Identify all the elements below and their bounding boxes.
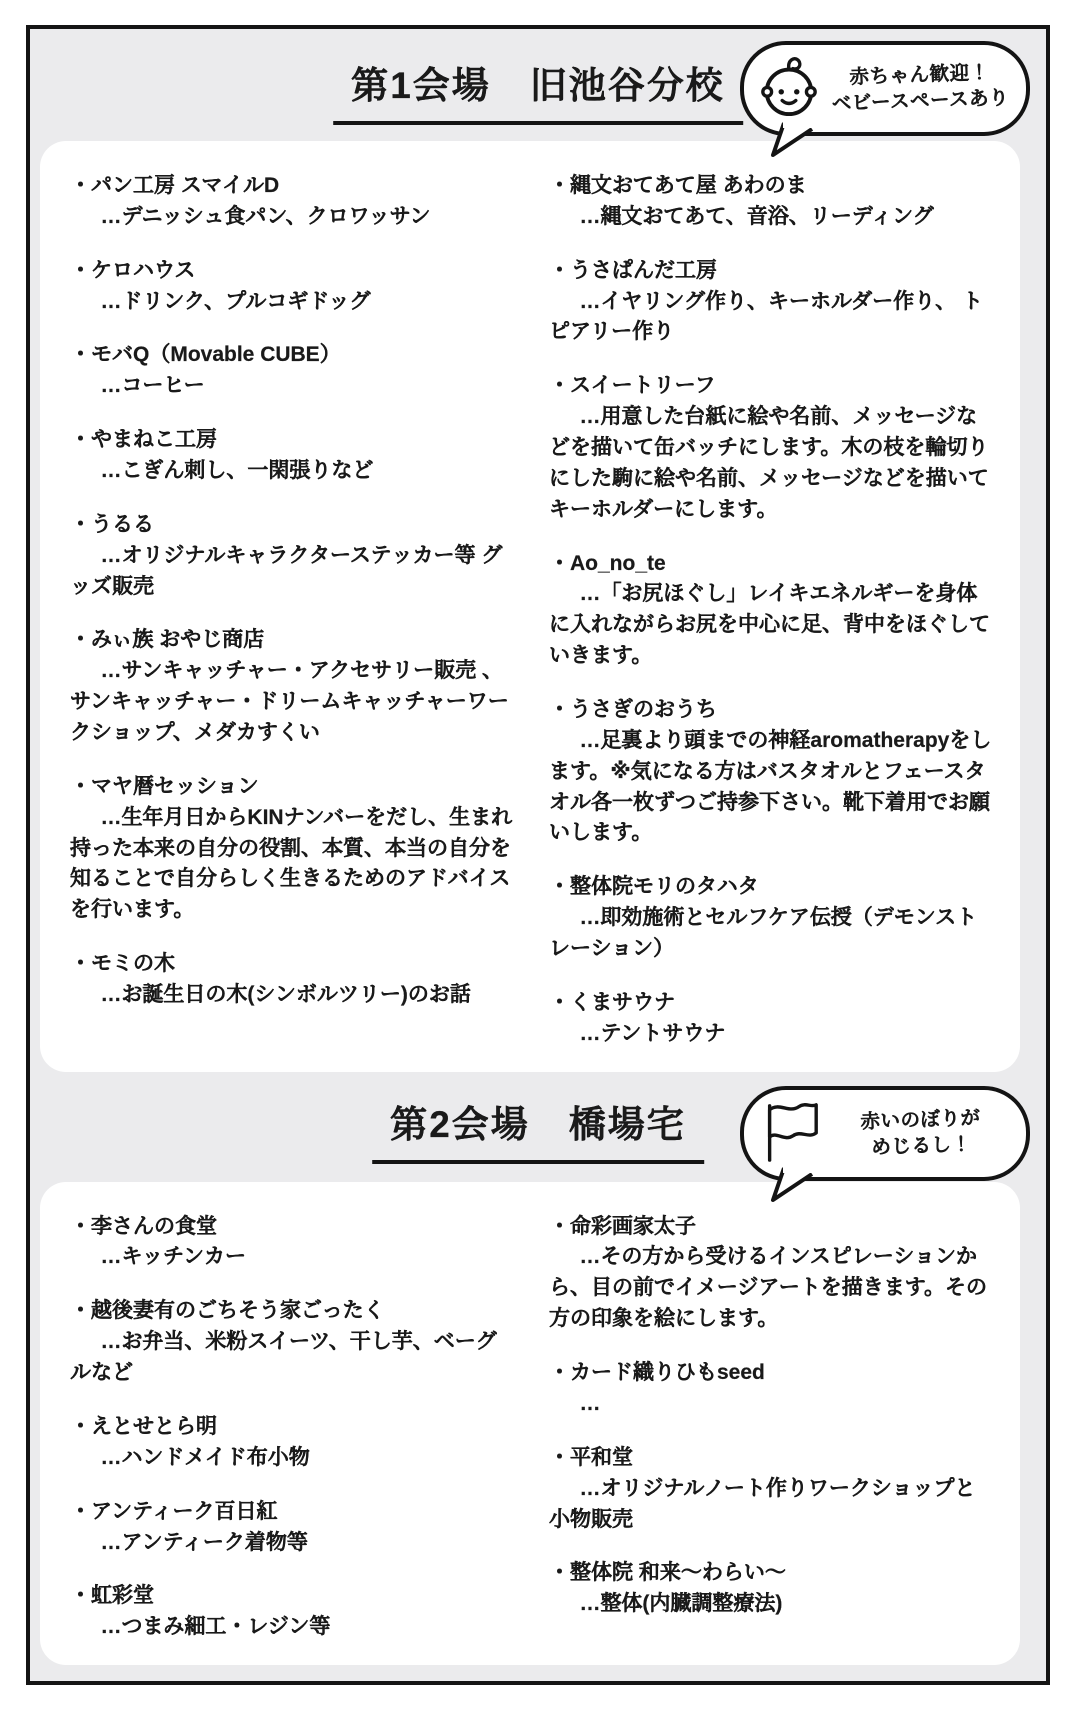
vendor-description: …整体(内臓調整療法) [549, 1589, 994, 1620]
vendor-item: ・やまねこ工房…こぎん刺し、一閑張りなど [70, 425, 515, 487]
vendor-name: ・うさぎのおうち [549, 695, 994, 726]
vendor-name: ・スイートリーフ [549, 371, 994, 402]
vendor-description: …アンティーク着物等 [70, 1528, 515, 1559]
vendor-item: ・李さんの食堂…キッチンカー [70, 1212, 515, 1274]
vendor-name: ・命彩画家太子 [549, 1212, 994, 1243]
speech-bubble: 赤ちゃん歓迎！ ベビースペースあり [740, 41, 1030, 136]
vendor-name: ・平和堂 [549, 1443, 994, 1474]
vendor-item: ・うさぎのおうち…足裏より頭までの神経aromatherapyをします。※気にな… [549, 695, 994, 849]
venue2-header: 第2会場 橋場宅 赤いのぼりが めじるし！ [30, 1078, 1046, 1182]
venue2-vendor-panel: ・李さんの食堂…キッチンカー・越後妻有のごちそう家ごったく…お弁当、米粉スイーツ… [40, 1182, 1020, 1665]
vendor-description: …縄文おてあて、音浴、リーディング [549, 202, 994, 233]
vendor-description: … [549, 1389, 994, 1420]
venue1-title: 第1会場 旧池谷分校 [333, 55, 743, 125]
vendor-item: ・マヤ暦セッション…生年月日からKINナンバーをだし、生まれ持った本来の自分の役… [70, 772, 515, 926]
vendor-name: ・うさぱんだ工房 [549, 256, 994, 287]
vendor-name: ・カード織りひもseed [549, 1358, 994, 1389]
vendor-name: ・虹彩堂 [70, 1581, 515, 1612]
vendor-description: …つまみ細工・レジン等 [70, 1612, 515, 1643]
vendor-item: ・くまサウナ…テントサウナ [549, 988, 994, 1050]
bubble-line-1: 赤いのぼりが [860, 1107, 981, 1133]
vendor-item: ・えとせとら明…ハンドメイド布小物 [70, 1412, 515, 1474]
vendor-item: ・みぃ族 おやじ商店…サンキャッチャー・アクセサリー販売 、サンキャッチャー・ド… [70, 625, 515, 748]
vendor-name: ・モミの木 [70, 949, 515, 980]
vendor-item: ・整体院 和来～わらい～…整体(内臓調整療法) [549, 1558, 994, 1620]
vendor-item: ・命彩画家太子…その方から受けるインスピレーションから、目の前でイメージアートを… [549, 1212, 994, 1335]
venue1-column-right: ・縄文おてあて屋 あわのま…縄文おてあて、音浴、リーディング・うさぱんだ工房…イ… [549, 171, 994, 1050]
venue1-vendor-panel: ・パン工房 スマイルD…デニッシュ食パン、クロワッサン・ケロハウス…ドリンク、プ… [40, 141, 1020, 1072]
vendor-item: ・越後妻有のごちそう家ごったく…お弁当、米粉スイーツ、干し芋、ベーグルなど [70, 1296, 515, 1389]
vendor-name: ・マヤ暦セッション [70, 772, 515, 803]
vendor-description: …こぎん刺し、一閑張りなど [70, 456, 515, 487]
vendor-item: ・ケロハウス…ドリンク、プルコギドッグ [70, 256, 515, 318]
vendor-description: …イヤリング作り、キーホルダー作り、 トピアリー作り [549, 287, 994, 349]
vendor-name: ・くまサウナ [549, 988, 994, 1019]
vendor-name: ・えとせとら明 [70, 1412, 515, 1443]
vendor-item: ・虹彩堂…つまみ細工・レジン等 [70, 1581, 515, 1643]
bubble-text: 赤いのぼりが めじるし！ [831, 1104, 1011, 1163]
venue2-title: 第2会場 橋場宅 [372, 1094, 704, 1164]
vendor-description: …オリジナルノート作りワークショップと小物販売 [549, 1474, 994, 1536]
bubble-text: 赤ちゃん歓迎！ ベビースペースあり [829, 59, 1011, 118]
vendor-item: ・モバQ（Movable CUBE）…コーヒー [70, 340, 515, 402]
bubble-line-2: ベビースペースあり [831, 87, 1009, 115]
flyer-page: 第1会場 旧池谷分校 [0, 0, 1076, 1710]
venue2-column-right: ・命彩画家太子…その方から受けるインスピレーションから、目の前でイメージアートを… [549, 1212, 994, 1643]
vendor-item: ・縄文おてあて屋 あわのま…縄文おてあて、音浴、リーディング [549, 171, 994, 233]
vendor-name: ・ケロハウス [70, 256, 515, 287]
vendor-description: …キッチンカー [70, 1242, 515, 1273]
venue1-header: 第1会場 旧池谷分校 [30, 29, 1046, 141]
vendor-item: ・モミの木…お誕生日の木(シンボルツリー)のお話 [70, 949, 515, 1011]
vendor-description: …お弁当、米粉スイーツ、干し芋、ベーグルなど [70, 1327, 515, 1389]
vendor-name: ・整体院 和来～わらい～ [549, 1558, 994, 1589]
bubble-tail [770, 1165, 816, 1203]
vendor-description: …ハンドメイド布小物 [70, 1443, 515, 1474]
vendor-name: ・縄文おてあて屋 あわのま [549, 171, 994, 202]
vendor-item: ・平和堂…オリジナルノート作りワークショップと小物販売 [549, 1443, 994, 1536]
venue2-column-left: ・李さんの食堂…キッチンカー・越後妻有のごちそう家ごったく…お弁当、米粉スイーツ… [70, 1212, 515, 1643]
vendor-name: ・モバQ（Movable CUBE） [70, 340, 515, 371]
bubble-line-2: めじるし！ [871, 1133, 972, 1158]
vendor-name: ・みぃ族 おやじ商店 [70, 625, 515, 656]
bubble-line-1: 赤ちゃん歓迎！ [849, 62, 990, 89]
vendor-item: ・アンティーク百日紅…アンティーク着物等 [70, 1497, 515, 1559]
venue1-bubble: 赤ちゃん歓迎！ ベビースペースあり [740, 41, 1030, 136]
vendor-description: …サンキャッチャー・アクセサリー販売 、サンキャッチャー・ドリームキャッチャーワ… [70, 656, 515, 749]
vendor-name: ・やまねこ工房 [70, 425, 515, 456]
speech-bubble: 赤いのぼりが めじるし！ [740, 1086, 1030, 1181]
vendor-description: …足裏より頭までの神経aromatherapyをします。※気になる方はバスタオル… [549, 726, 994, 849]
vendor-description: …テントサウナ [549, 1019, 994, 1050]
vendor-item: ・整体院モリのタハタ…即効施術とセルフケア伝授（デモンストレーション） [549, 872, 994, 965]
vendor-name: ・アンティーク百日紅 [70, 1497, 515, 1528]
vendor-description: …お誕生日の木(シンボルツリー)のお話 [70, 980, 515, 1011]
venue2-bubble: 赤いのぼりが めじるし！ [740, 1086, 1030, 1181]
vendor-name: ・うるる [70, 510, 515, 541]
vendor-item: ・カード織りひもseed… [549, 1358, 994, 1420]
vendor-description: …オリジナルキャラクターステッカー等 グッズ販売 [70, 541, 515, 603]
vendor-item: ・パン工房 スマイルD…デニッシュ食パン、クロワッサン [70, 171, 515, 233]
vendor-item: ・スイートリーフ…用意した台紙に絵や名前、メッセージなどを描いて缶バッチにします… [549, 371, 994, 525]
flag-icon [758, 1098, 822, 1169]
vendor-description: …即効施術とセルフケア伝授（デモンストレーション） [549, 903, 994, 965]
vendor-description: …「お尻ほぐし」レイキエネルギーを身体に入れながらお尻を中心に足、背中をほぐして… [549, 579, 994, 672]
flyer-frame: 第1会場 旧池谷分校 [26, 25, 1050, 1685]
vendor-description: …生年月日からKINナンバーをだし、生まれ持った本来の自分の役割、本質、本当の自… [70, 803, 515, 926]
venue1-column-left: ・パン工房 スマイルD…デニッシュ食パン、クロワッサン・ケロハウス…ドリンク、プ… [70, 171, 515, 1050]
vendor-name: ・整体院モリのタハタ [549, 872, 994, 903]
vendor-name: ・Ao_no_te [549, 549, 994, 580]
vendor-name: ・越後妻有のごちそう家ごったく [70, 1296, 515, 1327]
vendor-description: …その方から受けるインスピレーションから、目の前でイメージアートを描きます。その… [549, 1242, 994, 1335]
bubble-tail [770, 120, 816, 158]
vendor-item: ・うさぱんだ工房…イヤリング作り、キーホルダー作り、 トピアリー作り [549, 256, 994, 349]
vendor-description: …デニッシュ食パン、クロワッサン [70, 202, 515, 233]
vendor-description: …ドリンク、プルコギドッグ [70, 287, 515, 318]
vendor-name: ・李さんの食堂 [70, 1212, 515, 1243]
vendor-item: ・うるる…オリジナルキャラクターステッカー等 グッズ販売 [70, 510, 515, 603]
vendor-name: ・パン工房 スマイルD [70, 171, 515, 202]
vendor-item: ・Ao_no_te…「お尻ほぐし」レイキエネルギーを身体に入れながらお尻を中心に… [549, 549, 994, 672]
vendor-description: …コーヒー [70, 371, 515, 402]
baby-icon [758, 53, 820, 124]
vendor-description: …用意した台紙に絵や名前、メッセージなどを描いて缶バッチにします。木の枝を輪切り… [549, 402, 994, 525]
